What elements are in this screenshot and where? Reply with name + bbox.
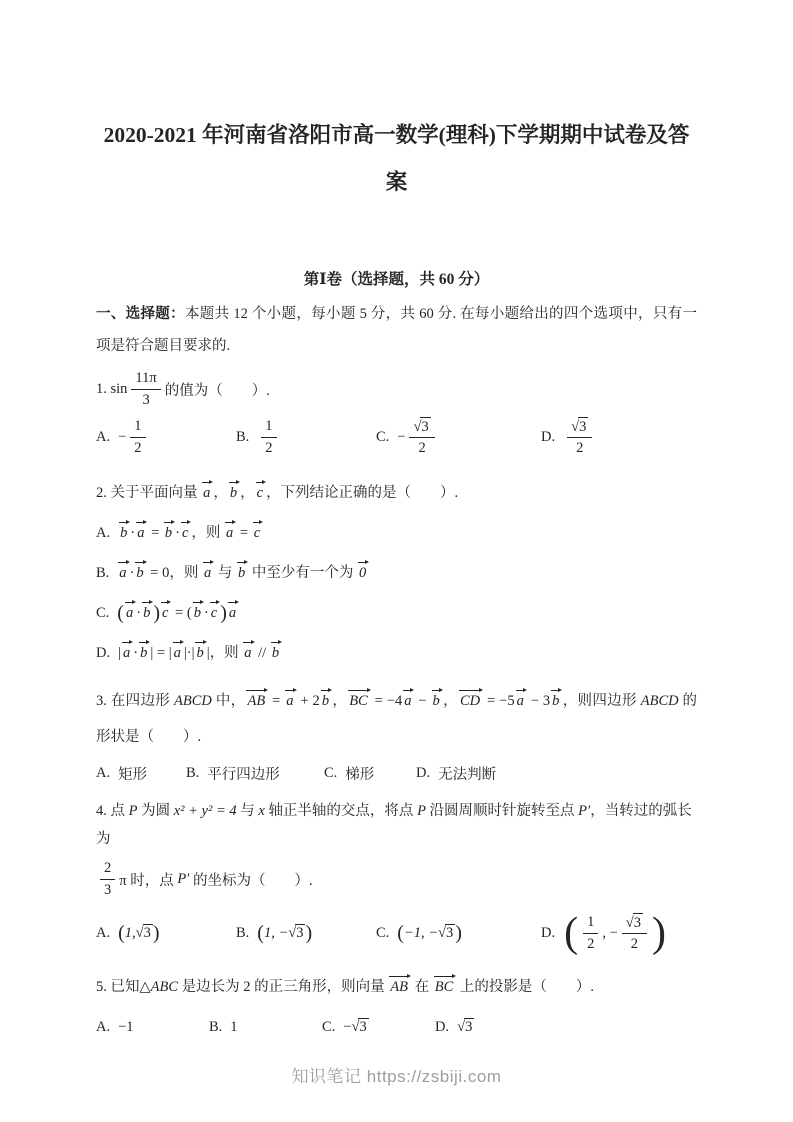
denominator: 2 (567, 438, 592, 457)
option-a: A.矩形 (96, 763, 186, 784)
numerator: √3 (567, 417, 592, 438)
instructions-label: 一、选择题： (96, 306, 185, 322)
option-d: D.√3 (435, 1018, 697, 1036)
question-3-options: A.矩形 B.平行四边形 C.梯形 D.无法判断 (96, 759, 697, 787)
option-label: B. (186, 765, 199, 782)
question-4-stem-line2: 23π 时，点 P′ 的坐标为（ ）. (96, 855, 697, 903)
option-b: B.(1, −√3) (236, 922, 376, 945)
text-run: | = | (150, 645, 171, 661)
exam-page: 2020-2021 年河南省洛阳市高一数学(理科)下学期期中试卷及答案 第Ⅰ卷（… (0, 0, 793, 1122)
instructions-text: 本题共 12 个小题，每小题 5 分，共 60 分. 在每小题给出的四个选项中，… (96, 306, 697, 354)
vector: AB (388, 975, 411, 995)
fraction: √32 (567, 417, 592, 457)
denominator: 2 (261, 438, 276, 457)
text-run: 的值为（ ）. (165, 379, 270, 400)
vector: a (201, 481, 213, 501)
text-run: ， (443, 693, 458, 709)
radicand: 3 (578, 417, 588, 436)
option-a: A.−1 (96, 1019, 209, 1036)
site-watermark: 知识笔记 https://zsbiji.com (0, 1062, 793, 1087)
sqrt: √3 (457, 1018, 474, 1036)
vector: a (224, 521, 236, 541)
vector: c (255, 481, 266, 501)
vector: b (134, 561, 146, 581)
option-label: A. (96, 925, 110, 942)
numerator: √3 (409, 417, 434, 438)
vector: a (135, 521, 147, 541)
option-label: B. (209, 1019, 222, 1036)
vector: b (236, 561, 248, 581)
text-run: 沿圆周顺时针旋转至点 (426, 803, 578, 819)
paren: ( (117, 602, 124, 624)
vector: b (194, 641, 206, 661)
vector: 0 (357, 561, 369, 581)
vector: b (192, 601, 204, 621)
vector: b (550, 689, 562, 709)
text-run: 5. 已知△ (96, 979, 151, 995)
option-c: C.−√3 (322, 1018, 435, 1036)
vector: c (180, 521, 191, 541)
text-run: = (268, 693, 284, 709)
vector: CD (458, 689, 483, 709)
fraction: 12 (130, 417, 145, 456)
paren: ) (153, 602, 160, 624)
vector: a (117, 561, 129, 581)
option-label: C. (322, 1019, 335, 1036)
option-c: C.−√32 (376, 417, 541, 457)
paren: ) (220, 602, 227, 624)
minus-sign: − (118, 429, 126, 446)
question-4-stem-line1: 4. 点 P 为圆 x² + y² = 4 与 x 轴正半轴的交点，将点 P 沿… (96, 797, 697, 853)
fraction: √32 (622, 913, 647, 953)
text-run: ， (240, 485, 255, 501)
value: 1, (125, 925, 136, 942)
vector: BC (347, 689, 371, 709)
numerator: 1 (261, 417, 276, 437)
vector: BC (433, 975, 457, 995)
radicand: 3 (143, 924, 153, 942)
question-2-option-d: D.|a·b| = |a|·|b|，则 a // b (96, 640, 697, 667)
vector: a (227, 601, 239, 621)
question-5-options: A.−1 B.1 C.−√3 D.√3 (96, 1013, 697, 1041)
page-title: 2020-2021 年河南省洛阳市高一数学(理科)下学期期中试卷及答案 (96, 0, 697, 206)
question-3-stem: 3. 在四边形 ABCD 中，AB = a + 2b，BC = −4a − b，… (96, 683, 697, 755)
paren: ( (564, 912, 578, 954)
vector: a (515, 689, 527, 709)
vector: c (252, 521, 263, 541)
paren: ) (455, 922, 462, 945)
text-run: 上的投影是（ ）. (456, 979, 594, 995)
text-run: , − (602, 925, 617, 942)
option-c: C.梯形 (324, 763, 416, 784)
paren: ( (257, 922, 264, 945)
equation: x² + y² = 4 (174, 803, 237, 819)
option-text: 平行四边形 (207, 763, 280, 784)
text-run: 轴正半轴的交点，将点 (265, 803, 417, 819)
option-d: D.无法判断 (416, 763, 697, 784)
option-label: C. (376, 429, 389, 446)
vector: a (402, 689, 414, 709)
fraction: 11π3 (131, 369, 160, 408)
radicand: 3 (295, 924, 305, 942)
option-label: A. (96, 1019, 110, 1036)
option-text: 梯形 (345, 763, 374, 784)
option-label: D. (541, 925, 555, 942)
denominator: 2 (583, 934, 598, 953)
vector: a (172, 641, 184, 661)
instructions: 一、选择题：本题共 12 个小题，每小题 5 分，共 60 分. 在每小题给出的… (96, 298, 697, 362)
text-run: π 时，点 (119, 869, 177, 890)
option-label: C. (376, 925, 389, 942)
minus-sign: − (343, 1019, 351, 1036)
text-run: + 2 (297, 693, 320, 709)
fraction: 12 (583, 913, 598, 952)
question-2-option-c: C.(a·b)c = (b·c)a (96, 600, 697, 627)
text-run: // (255, 645, 270, 661)
text-run: 2. 关于平面向量 (96, 485, 201, 501)
text-run: ， (213, 485, 228, 501)
vector: a (284, 689, 296, 709)
radicand: 3 (633, 913, 643, 932)
fraction: 23 (100, 859, 115, 898)
option-label: B. (236, 429, 249, 446)
text-run: 与 (214, 565, 236, 581)
text-run: ，下列结论正确的是（ ）. (266, 485, 458, 501)
option-b: B.平行四边形 (186, 763, 324, 784)
denominator: 3 (131, 390, 160, 409)
variable: P′ (578, 803, 590, 819)
text-run: = (147, 525, 162, 541)
text-run: |·| (184, 645, 195, 661)
paren: ) (305, 922, 312, 945)
minus-sign: − (397, 429, 405, 446)
option-label: A. (96, 525, 110, 541)
vector: b (118, 521, 130, 541)
vector: b (138, 641, 150, 661)
text-run: = −5 (483, 693, 515, 709)
fraction: 12 (261, 417, 276, 456)
numerator: 2 (100, 859, 115, 879)
text-run: 1. sin (96, 381, 127, 398)
paren: ) (153, 922, 160, 945)
numerator: 1 (583, 913, 598, 933)
option-label: D. (541, 429, 555, 446)
denominator: 2 (130, 438, 145, 457)
paren: ) (652, 912, 666, 954)
radicand: 3 (464, 1018, 474, 1036)
text-run: |，则 (207, 645, 243, 661)
fraction: √32 (409, 417, 434, 457)
vector: a (121, 641, 133, 661)
question-2-option-b: B.a·b = 0，则 a 与 b 中至少有一个为 0 (96, 560, 697, 587)
variable: P′ (177, 871, 189, 888)
option-label: D. (96, 645, 110, 661)
denominator: 2 (622, 934, 647, 953)
paren: ( (118, 922, 125, 945)
text-run: = −4 (371, 693, 403, 709)
text-run: 与 (237, 803, 259, 819)
vector: c (209, 601, 220, 621)
vector: a (124, 601, 136, 621)
text-run: ，则四边形 (562, 693, 640, 709)
question-1-options: A.−12 B.12 C.−√32 D.√32 (96, 414, 697, 460)
question-4-options: A.(1, √3) B.(1, −√3) C.(−1, −√3) D.(12, … (96, 907, 697, 959)
option-b: B.1 (209, 1019, 322, 1036)
numerator: 1 (130, 417, 145, 437)
value: 1 (230, 1019, 237, 1036)
option-label: B. (236, 925, 249, 942)
option-label: C. (96, 605, 109, 621)
text-run: 3. 在四边形 (96, 693, 174, 709)
text-run: − (414, 693, 430, 709)
numerator: 11π (131, 369, 160, 389)
text-run: 的坐标为（ ）. (189, 869, 312, 890)
section-header: 第Ⅰ卷（选择题，共 60 分） (96, 270, 697, 290)
text-run: ， (332, 693, 347, 709)
option-label: A. (96, 429, 110, 446)
text-run: 中， (212, 693, 246, 709)
option-text: 矩形 (118, 763, 147, 784)
option-b: B.12 (236, 417, 376, 456)
denominator: 3 (100, 880, 115, 899)
text-run: 在 (411, 979, 433, 995)
text-run: − 3 (527, 693, 550, 709)
text-run: ，则 (191, 525, 224, 541)
option-text: 无法判断 (438, 763, 496, 784)
vector: b (320, 689, 332, 709)
text-run: = 0，则 (147, 565, 202, 581)
text-run: 为圆 (137, 803, 173, 819)
vector: b (141, 601, 153, 621)
vector: c (160, 601, 171, 621)
sqrt: √3 (351, 1018, 368, 1036)
variable: ABCD (641, 693, 679, 709)
text-run: = ( (171, 605, 191, 621)
text-run: 中至少有一个为 (248, 565, 357, 581)
vector: b (228, 481, 240, 501)
vector: b (431, 689, 443, 709)
radicand: 3 (445, 924, 455, 942)
variable: ABCD (174, 693, 212, 709)
option-d: D.(12, −√32) (541, 912, 697, 954)
vector: b (270, 641, 282, 661)
option-label: D. (435, 1019, 449, 1036)
question-2-stem: 2. 关于平面向量 a，b，c，下列结论正确的是（ ）. (96, 480, 697, 507)
sqrt: √3 (136, 924, 153, 942)
value: 1, − (264, 925, 288, 942)
sqrt: √3 (288, 924, 305, 942)
text-run: 是边长为 2 的正三角形，则向量 (178, 979, 388, 995)
paren: ( (397, 922, 404, 945)
text-run: 4. 点 (96, 803, 129, 819)
option-a: A.−12 (96, 417, 236, 456)
question-2-option-a: A.b·a = b·c，则 a = c (96, 520, 697, 547)
sqrt: √3 (438, 924, 455, 942)
denominator: 2 (409, 438, 434, 457)
radicand: 3 (420, 417, 430, 436)
variable: ABC (151, 979, 178, 995)
vector: AB (245, 689, 268, 709)
question-5-stem: 5. 已知△ABC 是边长为 2 的正三角形，则向量 AB 在 BC 上的投影是… (96, 973, 697, 1001)
option-a: A.(1, √3) (96, 922, 236, 945)
option-label: B. (96, 565, 109, 581)
vector: a (202, 561, 214, 581)
option-d: D.√32 (541, 417, 697, 457)
vector: a (242, 641, 254, 661)
radicand: 3 (358, 1018, 368, 1036)
vector: b (163, 521, 175, 541)
value: −1 (118, 1019, 133, 1036)
numerator: √3 (622, 913, 647, 934)
value: −1, − (404, 925, 438, 942)
option-c: C.(−1, −√3) (376, 922, 541, 945)
option-label: D. (416, 765, 430, 782)
text-run: = (236, 525, 251, 541)
question-1-stem: 1. sin11π3的值为（ ）. (96, 366, 697, 412)
option-label: C. (324, 765, 337, 782)
variable: P (417, 803, 426, 819)
option-label: A. (96, 765, 110, 782)
